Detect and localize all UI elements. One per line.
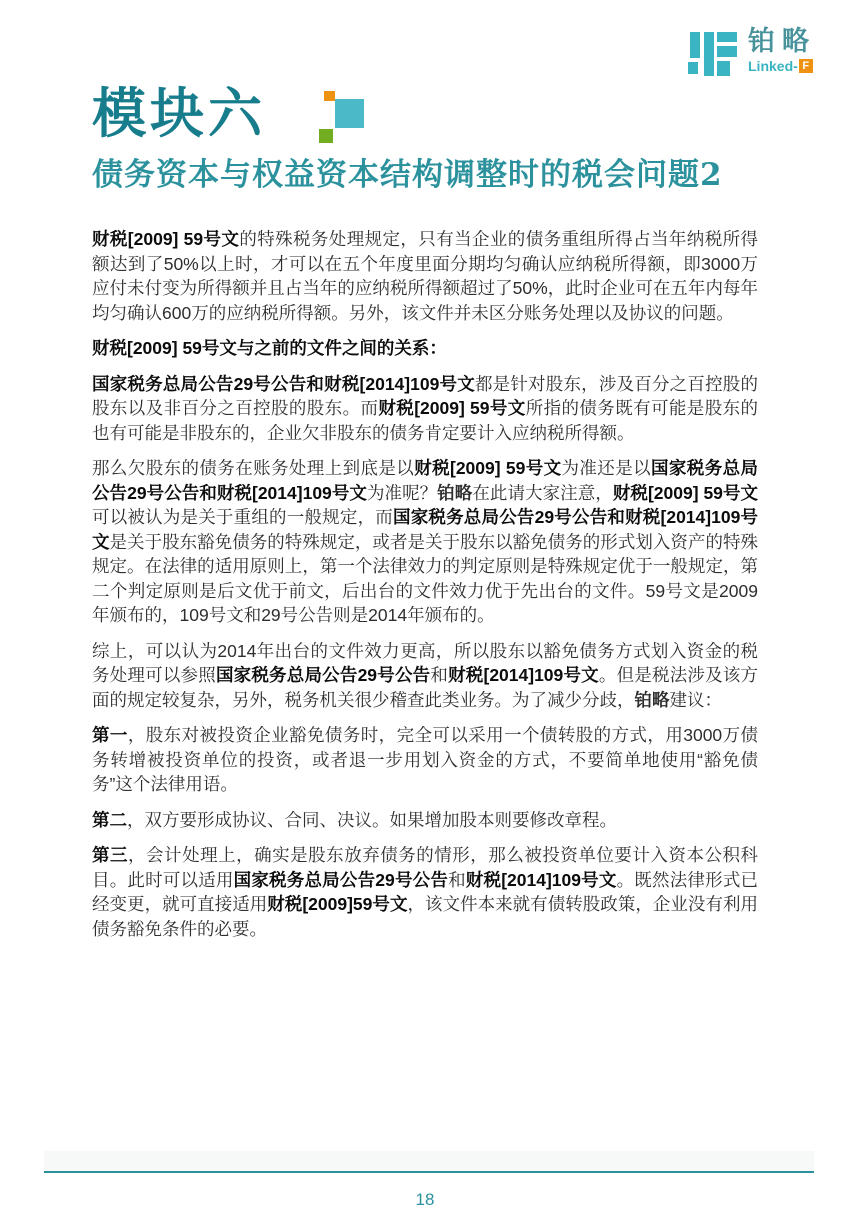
text-run: 财税[2009] 59号文 (92, 229, 239, 249)
document-page: 铂略 Linked- F 模块六 债务资本与权益资本结构调整时的税会问题2 财税… (0, 0, 850, 1228)
logo-block (717, 61, 730, 76)
deco-square-orange-icon (324, 91, 335, 101)
text-run: 在此请大家注意， (472, 483, 612, 503)
brand-logo: 铂略 Linked- F (688, 28, 816, 78)
logo-block (690, 32, 700, 58)
text-run: 财税[2014]109号文 (448, 665, 599, 685)
paragraph: 综上，可以认为2014年出台的文件效力更高，所以股东以豁免债务方式划入资金的税务… (92, 639, 758, 713)
footer-divider (44, 1171, 814, 1173)
text-run: 和 (448, 870, 466, 890)
paragraph: 第一，股东对被投资企业豁免债务时，完全可以采用一个债转股的方式，用3000万债务… (92, 723, 758, 797)
text-run: 财税[2009] 59号文 (613, 483, 758, 503)
paragraph: 第二，双方要形成协议、合同、决议。如果增加股本则要修改章程。 (92, 808, 758, 833)
text-run: 可以被认为是关于重组的一般规定，而 (92, 507, 393, 527)
brand-name-inline: 铂略 (635, 690, 670, 710)
logo-subtitle: Linked- F (748, 59, 816, 73)
page-number: 18 (0, 1190, 850, 1210)
text-run: 财税[2014]109号文 (466, 870, 617, 890)
text-run: 财税[2009] 59号文 (378, 398, 525, 418)
text-run: 国家税务总局公告29号公告 (234, 870, 448, 890)
text-run: 第三 (92, 845, 128, 865)
text-run: 那么欠股东的债务在账务处理上到底是以 (92, 458, 414, 478)
text-run: 国家税务总局公告29号公告和财税[2014]109号文 (92, 374, 475, 394)
logo-block (704, 32, 714, 76)
logo-subtitle-text: Linked- (748, 59, 798, 73)
logo-brand-name: 铂略 (748, 28, 816, 55)
text-run: 国家税务总局公告29号公告 (216, 665, 430, 685)
logo-f-badge: F (799, 59, 813, 73)
text-run: 建议： (670, 690, 723, 710)
paragraph: 第三，会计处理上，确实是股东放弃债务的情形，那么被投资单位要计入资本公积科目。此… (92, 843, 758, 941)
footer-shade (44, 1151, 814, 1171)
text-run: 财税[2009] 59号文 (414, 458, 561, 478)
text-run: 财税[2009]59号文 (267, 894, 407, 914)
brand-name-inline: 铂略 (437, 483, 472, 503)
logo-text: 铂略 Linked- F (748, 28, 816, 73)
deco-square-green-icon (319, 129, 333, 143)
paragraph: 财税[2009] 59号文的特殊税务处理规定，只有当企业的债务重组所得占当年纳税… (92, 227, 758, 325)
deco-square-teal-icon (335, 99, 364, 128)
logo-block (688, 62, 698, 74)
text-run: 是关于股东豁免债务的特殊规定，或者是关于股东以豁免债务的形式划入资产的特殊规定。… (92, 532, 758, 626)
paragraph: 那么欠股东的债务在账务处理上到底是以财税[2009] 59号文为准还是以国家税务… (92, 456, 758, 628)
page-subtitle: 债务资本与权益资本结构调整时的税会问题2 (92, 157, 723, 194)
text-run: 为准呢？ (367, 483, 437, 503)
text-run: 第二 (92, 810, 127, 830)
text-run: 第一 (92, 725, 128, 745)
text-run: 财税[2009] 59号文与之前的文件之间的关系： (92, 338, 447, 358)
linked-f-logo-icon (688, 28, 740, 78)
section-heading: 财税[2009] 59号文与之前的文件之间的关系： (92, 336, 758, 361)
module-title: 模块六 (92, 84, 266, 143)
text-run: 为准还是以 (562, 458, 652, 478)
text-run: ，双方要形成协议、合同、决议。如果增加股本则要修改章程。 (127, 810, 617, 830)
content: 财税[2009] 59号文的特殊税务处理规定，只有当企业的债务重组所得占当年纳税… (92, 227, 758, 952)
paragraph: 国家税务总局公告29号公告和财税[2014]109号文都是针对股东，涉及百分之百… (92, 372, 758, 446)
logo-block (717, 32, 737, 42)
logo-block (717, 46, 737, 57)
text-run: 和 (430, 665, 448, 685)
text-run: ，股东对被投资企业豁免债务时，完全可以采用一个债转股的方式，用3000万债务转增… (92, 725, 758, 794)
